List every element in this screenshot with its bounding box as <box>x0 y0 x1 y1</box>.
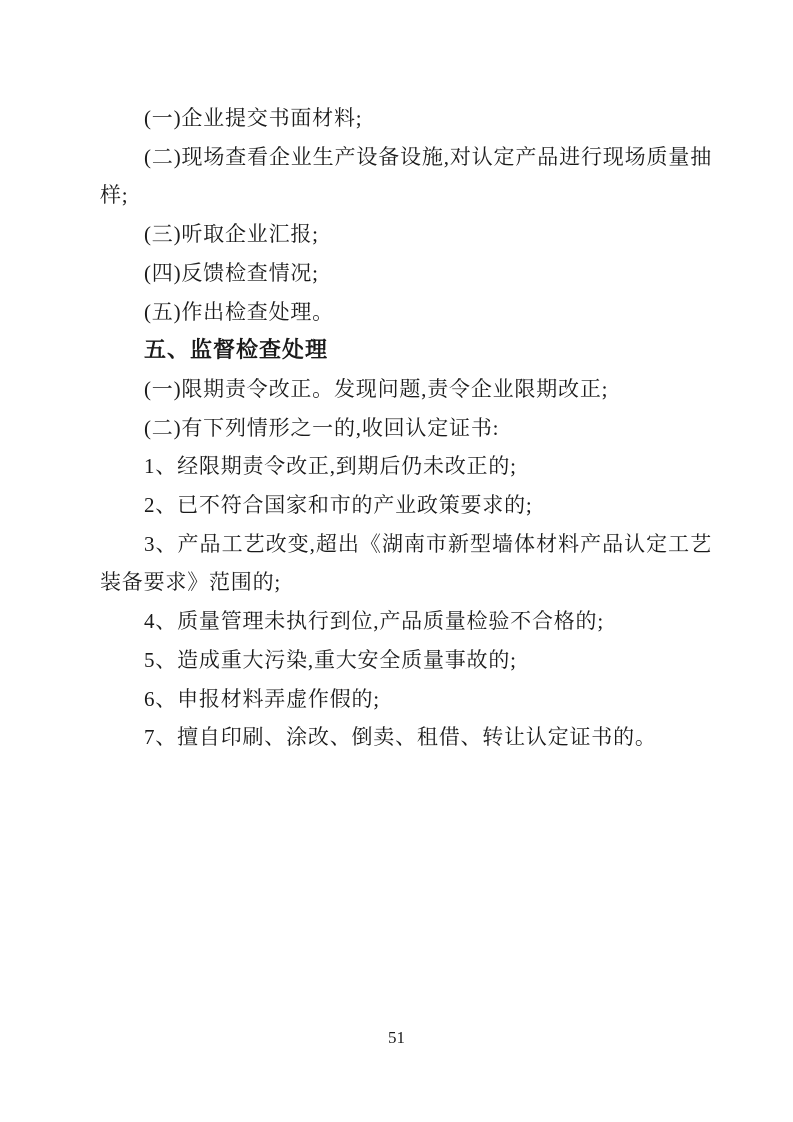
list-item-handling-2: (二)有下列情形之一的,收回认定证书: <box>100 409 712 448</box>
list-item-revoke-3: 3、产品工艺改变,超出《湖南市新型墙体材料产品认定工艺装备要求》范围的; <box>100 525 712 602</box>
document-body: (一)企业提交书面材料; (二)现场查看企业生产设备设施,对认定产品进行现场质量… <box>100 99 712 757</box>
section-heading: 五、监督检查处理 <box>100 331 712 370</box>
list-item-handling-1: (一)限期责令改正。发现问题,责令企业限期改正; <box>100 370 712 409</box>
list-item-revoke-7: 7、擅自印刷、涂改、倒卖、租借、转让认定证书的。 <box>100 718 712 757</box>
list-item-procedure-5: (五)作出检查处理。 <box>100 293 712 332</box>
list-item-procedure-3: (三)听取企业汇报; <box>100 215 712 254</box>
page-number: 51 <box>0 1028 793 1048</box>
list-item-procedure-1: (一)企业提交书面材料; <box>100 99 712 138</box>
list-item-revoke-6: 6、申报材料弄虚作假的; <box>100 680 712 719</box>
list-item-revoke-5: 5、造成重大污染,重大安全质量事故的; <box>100 641 712 680</box>
list-item-revoke-1: 1、经限期责令改正,到期后仍未改正的; <box>100 447 712 486</box>
list-item-revoke-4: 4、质量管理未执行到位,产品质量检验不合格的; <box>100 602 712 641</box>
document-page: (一)企业提交书面材料; (二)现场查看企业生产设备设施,对认定产品进行现场质量… <box>0 0 793 1122</box>
list-item-procedure-4: (四)反馈检查情况; <box>100 254 712 293</box>
list-item-procedure-2: (二)现场查看企业生产设备设施,对认定产品进行现场质量抽样; <box>100 138 712 215</box>
list-item-revoke-2: 2、已不符合国家和市的产业政策要求的; <box>100 486 712 525</box>
